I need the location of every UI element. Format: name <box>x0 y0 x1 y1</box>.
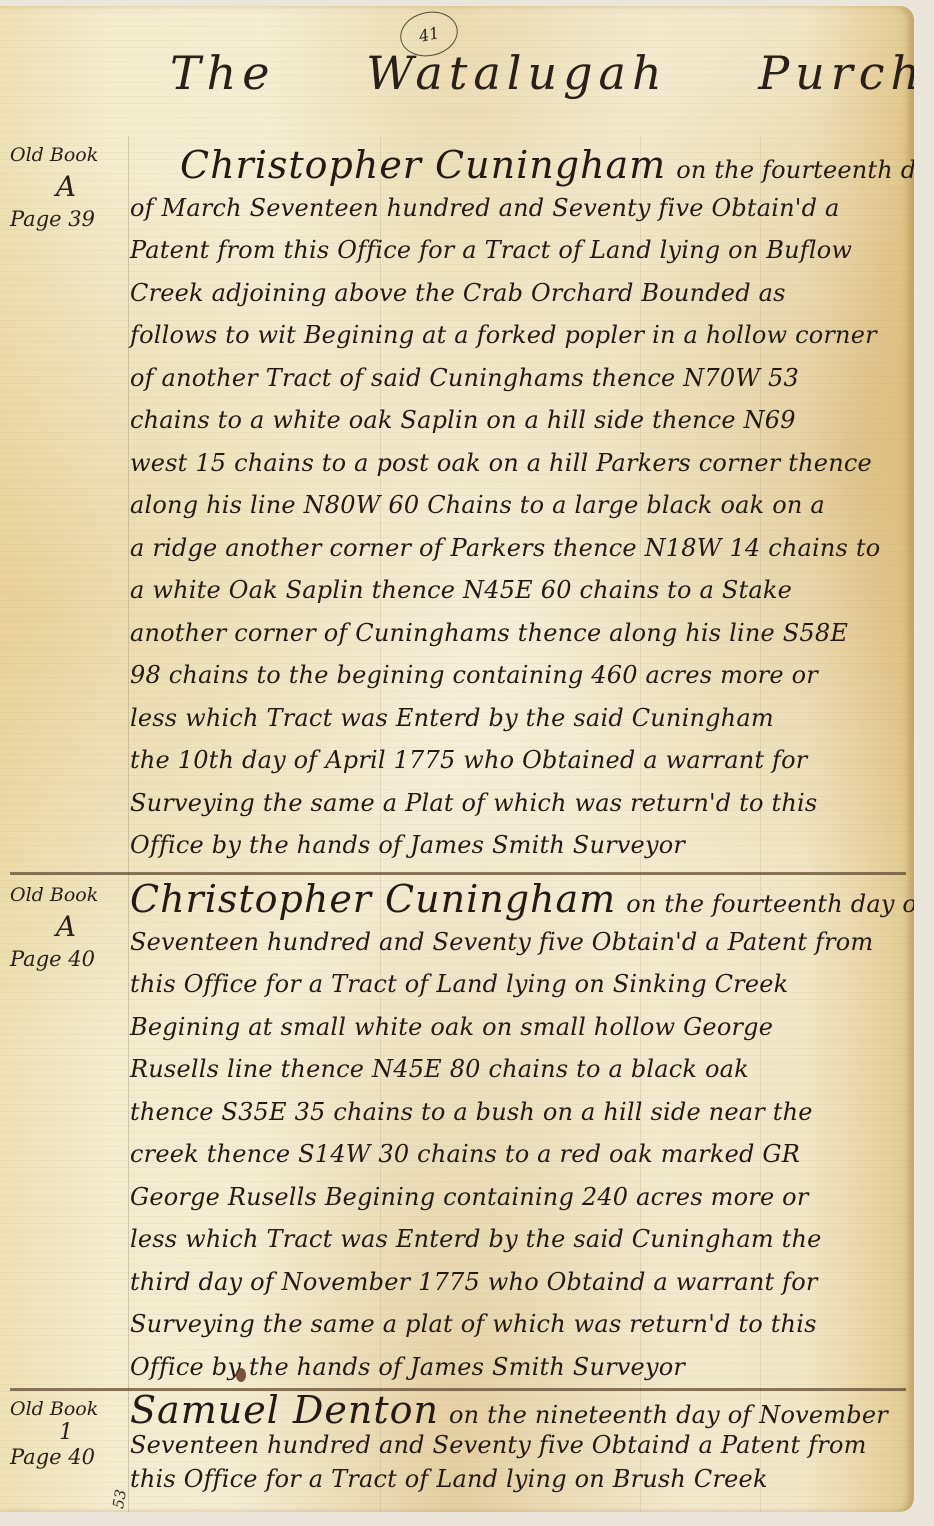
page-title: The Watalugah Purchase <box>170 46 790 100</box>
text-line: Seventeen hundred and Seventy five Obtai… <box>130 921 910 964</box>
margin-reference: Old Book A Page 39 <box>6 144 126 231</box>
text-line: chains to a white oak Saplin on a hill s… <box>130 399 910 442</box>
text-line: thence S35E 35 chains to a bush on a hil… <box>130 1091 910 1134</box>
text-line: creek thence S14W 30 chains to a red oak… <box>130 1133 910 1176</box>
text-line: 98 chains to the begining containing 460… <box>130 654 910 697</box>
margin-rule <box>128 136 129 1512</box>
margin-volume: A <box>6 910 126 943</box>
grantee-name: Christopher Cuningham <box>180 143 666 187</box>
text-line: west 15 chains to a post oak on a hill P… <box>130 442 910 485</box>
entry-body: Christopher Cuninghamon the fourteenth d… <box>130 144 910 867</box>
text-line: follows to wit Begining at a forked popl… <box>130 314 910 357</box>
entry-body: Samuel Dentonon the nineteenth day of No… <box>130 1392 910 1496</box>
entry-body: Christopher Cuninghamon the fourteenth d… <box>130 878 910 1388</box>
text-line: Surveying the same a Plat of which was r… <box>130 782 910 825</box>
text-line: of March Seventeen hundred and Seventy f… <box>130 187 910 230</box>
text-line: Begining at small white oak on small hol… <box>130 1006 910 1049</box>
document-scan: 41 The Watalugah Purchase Old Book A Pag… <box>0 0 934 1526</box>
margin-book: Old Book <box>6 884 126 906</box>
manuscript-page: 41 The Watalugah Purchase Old Book A Pag… <box>0 6 914 1512</box>
text-line: a white Oak Saplin thence N45E 60 chains… <box>130 569 910 612</box>
text-line: of another Tract of said Cuninghams then… <box>130 357 910 400</box>
margin-reference: Old Book A Page 40 <box>6 884 126 971</box>
text-line: George Rusells Begining containing 240 a… <box>130 1176 910 1219</box>
text-line: along his line N80W 60 Chains to a large… <box>130 484 910 527</box>
text-line: Office by the hands of James Smith Surve… <box>130 1346 910 1389</box>
text-line: Christopher Cuninghamon the fourteenth d… <box>130 144 910 187</box>
margin-reference: Old Book 1 Page 40 <box>6 1398 126 1469</box>
text-line: Rusells line thence N45E 80 chains to a … <box>130 1048 910 1091</box>
margin-page: Page 40 <box>6 1445 126 1469</box>
grantee-name: Christopher Cuningham <box>130 877 616 921</box>
text-line: Office by the hands of James Smith Surve… <box>130 824 910 867</box>
text-line: a ridge another corner of Parkers thence… <box>130 527 910 570</box>
text-line: Surveying the same a plat of which was r… <box>130 1303 910 1346</box>
text-line: Creek adjoining above the Crab Orchard B… <box>130 272 910 315</box>
ink-blot <box>236 1368 246 1382</box>
text-line: Samuel Dentonon the nineteenth day of No… <box>130 1392 910 1428</box>
text-line: this Office for a Tract of Land lying on… <box>130 963 910 1006</box>
margin-page: Page 40 <box>6 947 126 971</box>
marginal-number: 53 <box>109 1488 130 1510</box>
entry-separator <box>10 872 906 875</box>
text-line: Christopher Cuninghamon the fourteenth d… <box>130 878 910 921</box>
text-line: Seventeen hundred and Seventy five Obtai… <box>130 1428 910 1462</box>
text-line: less which Tract was Enterd by the said … <box>130 1218 910 1261</box>
text-line: less which Tract was Enterd by the said … <box>130 697 910 740</box>
text-line: third day of November 1775 who Obtaind a… <box>130 1261 910 1304</box>
margin-volume: 1 <box>6 1420 126 1445</box>
text-line: another corner of Cuninghams thence alon… <box>130 612 910 655</box>
grantee-name: Samuel Denton <box>130 1388 439 1432</box>
margin-book: Old Book <box>6 1398 126 1420</box>
text-line: the 10th day of April 1775 who Obtained … <box>130 739 910 782</box>
text-line: Patent from this Office for a Tract of L… <box>130 229 910 272</box>
text-line: this Office for a Tract of Land lying on… <box>130 1462 910 1496</box>
margin-volume: A <box>6 170 126 203</box>
margin-page: Page 39 <box>6 207 126 231</box>
margin-book: Old Book <box>6 144 126 166</box>
